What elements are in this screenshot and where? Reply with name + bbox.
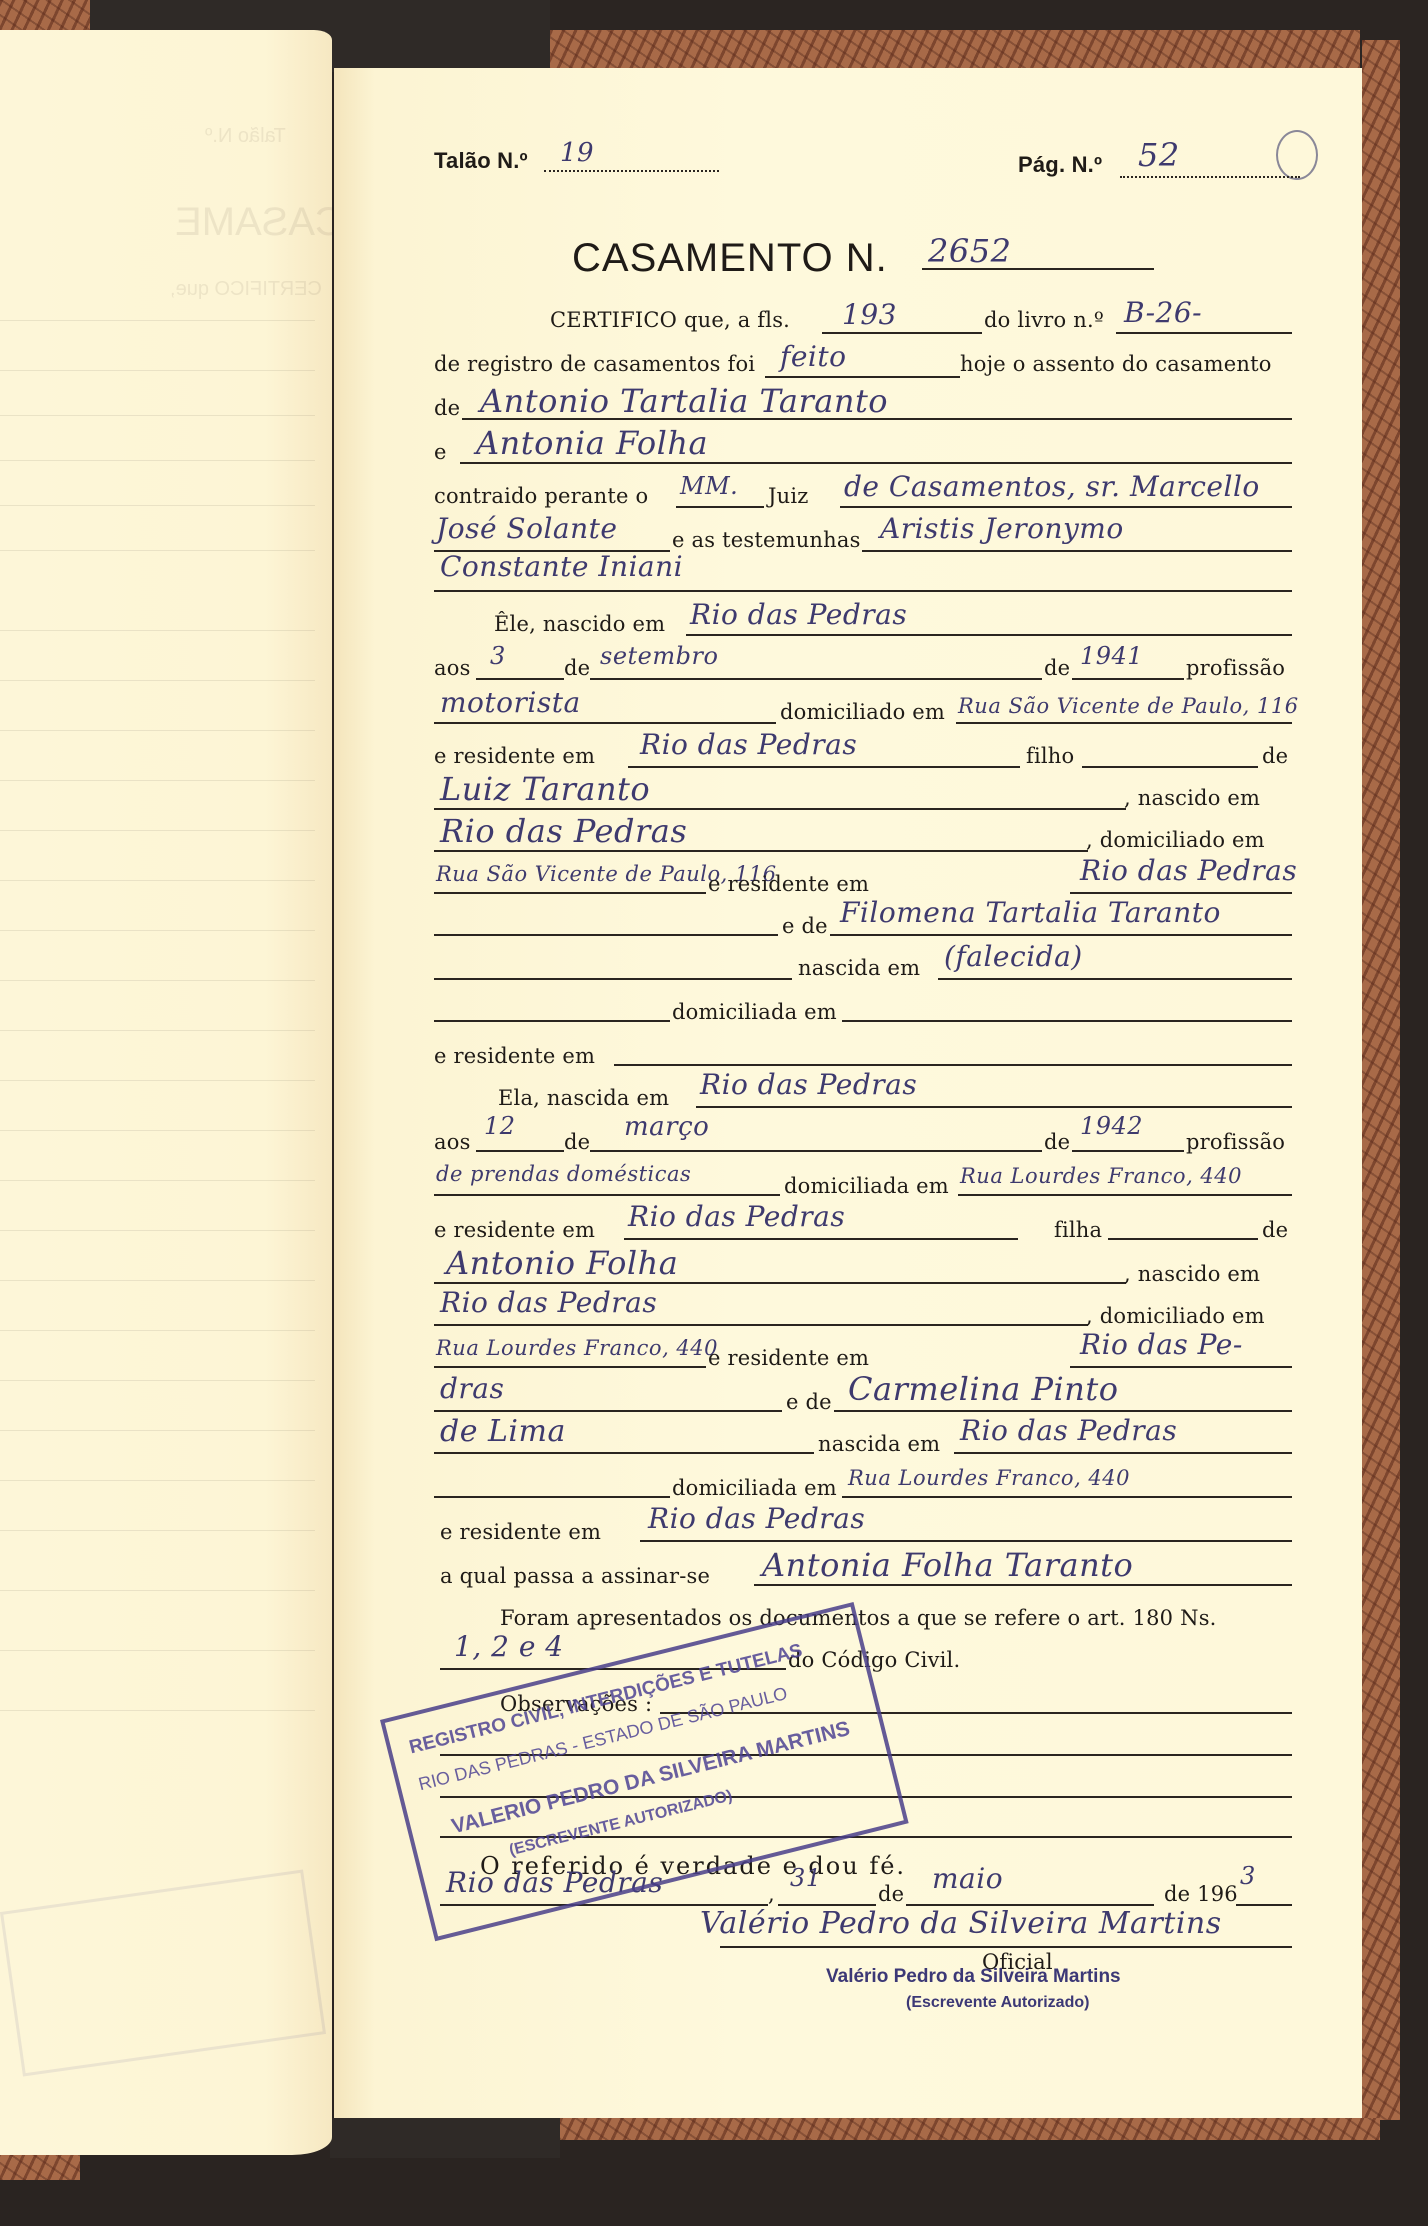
ele-residente: Rio das Pedras <box>640 728 857 761</box>
ela-ano: 1942 <box>1080 1112 1143 1140</box>
ela-aos-label: aos <box>434 1130 471 1154</box>
fecho-ano-digit: 3 <box>1240 1862 1256 1890</box>
ele-nascido-em: Rio das Pedras <box>690 598 907 631</box>
fecho-comma: , <box>768 1882 775 1906</box>
ela-pai-residente-2: dras <box>440 1372 504 1405</box>
contraido-label: contraido perante o <box>434 484 648 508</box>
ela-profissao-label: profissão <box>1186 1130 1285 1154</box>
ele-de2-label: de <box>1262 744 1288 768</box>
juiz-value: de Casamentos, sr. Marcello <box>844 470 1260 503</box>
certifico-prefix: CERTIFICO que, a fls. <box>550 308 790 332</box>
fecho-dia: 31 <box>790 1864 822 1892</box>
ela-pai-nascido: Rio das Pedras <box>440 1286 657 1319</box>
de-label: de <box>434 396 460 420</box>
ela-dia: 12 <box>484 1112 516 1140</box>
ela-de-label: de <box>564 1130 590 1154</box>
ele-pai-nascido-label: , nascido em <box>1124 786 1260 810</box>
assinar-value: Antonia Folha Taranto <box>762 1546 1133 1584</box>
juiz-label: Juiz <box>768 484 809 508</box>
ela-pai: Antonio Folha <box>446 1244 678 1282</box>
testemunhas-label: e as testemunhas <box>672 528 861 552</box>
ela-mae-nascida: Rio das Pedras <box>960 1414 1177 1447</box>
left-page: Talão N.º CASAME CERTIFICO que, <box>0 30 332 2155</box>
ela-mae-2: de Lima <box>440 1414 566 1449</box>
noiva-name: Antonia Folha <box>476 424 708 462</box>
ele-pai-domiciliado-label: , domiciliado em <box>1086 828 1265 852</box>
ele-profissao-label: profissão <box>1186 656 1285 680</box>
ela-nascida-label: Ela, nascida em <box>498 1086 669 1110</box>
ela-mae-domiciliada-label: domiciliada em <box>672 1476 837 1500</box>
ele-dia: 3 <box>490 642 506 670</box>
ele-mes: setembro <box>600 642 718 670</box>
book-spine-bottom <box>330 2118 560 2158</box>
ela-residente-label: e residente em <box>434 1218 595 1242</box>
ghost-title: CASAME <box>175 200 332 245</box>
livro-label: do livro n.º <box>984 308 1104 332</box>
casamento-title: CASAMENTO N. <box>572 236 888 281</box>
ela-de2-label: de <box>1262 1218 1288 1242</box>
e-label: e <box>434 440 447 464</box>
ele-profissao: motorista <box>440 686 581 719</box>
book-cover-bottom <box>560 2118 1380 2140</box>
page-circle-mark <box>1276 130 1318 180</box>
signatory-name: Valério Pedro da Silveira Martins <box>826 1966 1121 1988</box>
ele-domiciliado-label: domiciliado em <box>780 700 945 724</box>
noivo-name: Antonio Tartalia Taranto <box>480 382 888 420</box>
testemunha-2: Constante Iniani <box>440 550 683 583</box>
ele-domiciliado: Rua São Vicente de Paulo, 116 <box>958 694 1299 718</box>
ele-filho-label: filho <box>1026 744 1074 768</box>
casamento-number: 2652 <box>928 232 1011 270</box>
ela-profissao: de prendas domésticas <box>436 1162 691 1186</box>
ela-mae-residente-label: e residente em <box>440 1520 601 1544</box>
ele-ano-label: de <box>1044 656 1070 680</box>
ela-mae-residente: Rio das Pedras <box>648 1502 865 1535</box>
juiz-value-cont: José Solante <box>436 512 617 545</box>
ela-mae-1: Carmelina Pinto <box>848 1370 1118 1408</box>
ela-e-de-label: e de <box>786 1390 832 1414</box>
ela-mae-domiciliada: Rua Lourdes Franco, 440 <box>848 1466 1130 1490</box>
pagina-value: 52 <box>1138 136 1180 174</box>
ghost-certifico: CERTIFICO que, <box>170 278 322 301</box>
ele-pai-residente-label: e residente em <box>708 872 869 896</box>
fecho-mes: maio <box>932 1862 1003 1895</box>
ela-domiciliada-label: domiciliada em <box>784 1174 949 1198</box>
ghost-stamp <box>0 1870 326 2077</box>
ele-pai: Luiz Taranto <box>440 770 650 808</box>
book-cover-right-edge <box>1362 40 1400 2120</box>
ele-pai-nascido: Rio das Pedras <box>440 812 687 850</box>
book-cover-top-left <box>0 0 90 32</box>
ela-residente: Rio das Pedras <box>628 1200 845 1233</box>
talao-label: Talão N.º <box>434 148 528 174</box>
ele-pai-residente: Rio das Pedras <box>1080 854 1297 887</box>
fecho-ano-label: de 196 <box>1164 1882 1238 1906</box>
ele-ano: 1941 <box>1080 642 1143 670</box>
ela-pai-residente-label: e residente em <box>708 1346 869 1370</box>
ele-mae-nascida-label: nascida em <box>798 956 920 980</box>
ela-pai-residente-1: Rio das Pe- <box>1080 1328 1243 1361</box>
ela-nascida-em: Rio das Pedras <box>700 1068 917 1101</box>
ela-pai-domiciliado: Rua Lourdes Franco, 440 <box>436 1336 718 1360</box>
signatory-role: (Escrevente Autorizado) <box>906 1994 1089 2012</box>
pagina-label: Pág. N.º <box>1018 152 1102 178</box>
ela-pai-nascido-label: , nascido em <box>1124 1262 1260 1286</box>
mm-value: MM. <box>680 472 738 500</box>
fls-value: 193 <box>842 298 897 331</box>
ele-mae-domiciliada-label: domiciliada em <box>672 1000 837 1024</box>
foi-value: feito <box>780 340 847 373</box>
ele-mae-nascida: (falecida) <box>944 940 1083 973</box>
documentos-numeros: 1, 2 e 4 <box>454 1630 564 1663</box>
assinar-label: a qual passa a assinar-se <box>440 1564 710 1588</box>
talao-value: 19 <box>560 138 594 168</box>
ele-aos-label: aos <box>434 656 471 680</box>
ghost-talao: Talão N.º <box>205 125 286 148</box>
ela-mes: março <box>624 1112 709 1142</box>
ele-de-label: de <box>564 656 590 680</box>
fecho-de-label: de <box>878 1882 904 1906</box>
ele-mae: Filomena Tartalia Taranto <box>840 896 1221 929</box>
registro-label: de registro de casamentos foi <box>434 352 755 376</box>
ela-pai-domiciliado-label: , domiciliado em <box>1086 1304 1265 1328</box>
book-cover-top <box>550 30 1360 70</box>
ela-domiciliada: Rua Lourdes Franco, 440 <box>960 1164 1242 1188</box>
livro-value: B-26- <box>1124 296 1202 329</box>
ele-nascido-label: Êle, nascido em <box>494 612 665 636</box>
ela-ano-label: de <box>1044 1130 1070 1154</box>
signature: Valério Pedro da Silveira Martins <box>700 1906 1222 1941</box>
ela-mae-nascida-label: nascida em <box>818 1432 940 1456</box>
ele-mae-residente-label: e residente em <box>434 1044 595 1068</box>
assento-label: hoje o assento do casamento <box>960 352 1272 376</box>
ele-e-de-label: e de <box>782 914 828 938</box>
ela-filha-label: filha <box>1054 1218 1102 1242</box>
ele-residente-label: e residente em <box>434 744 595 768</box>
testemunha-1: Aristis Jeronymo <box>880 512 1124 545</box>
